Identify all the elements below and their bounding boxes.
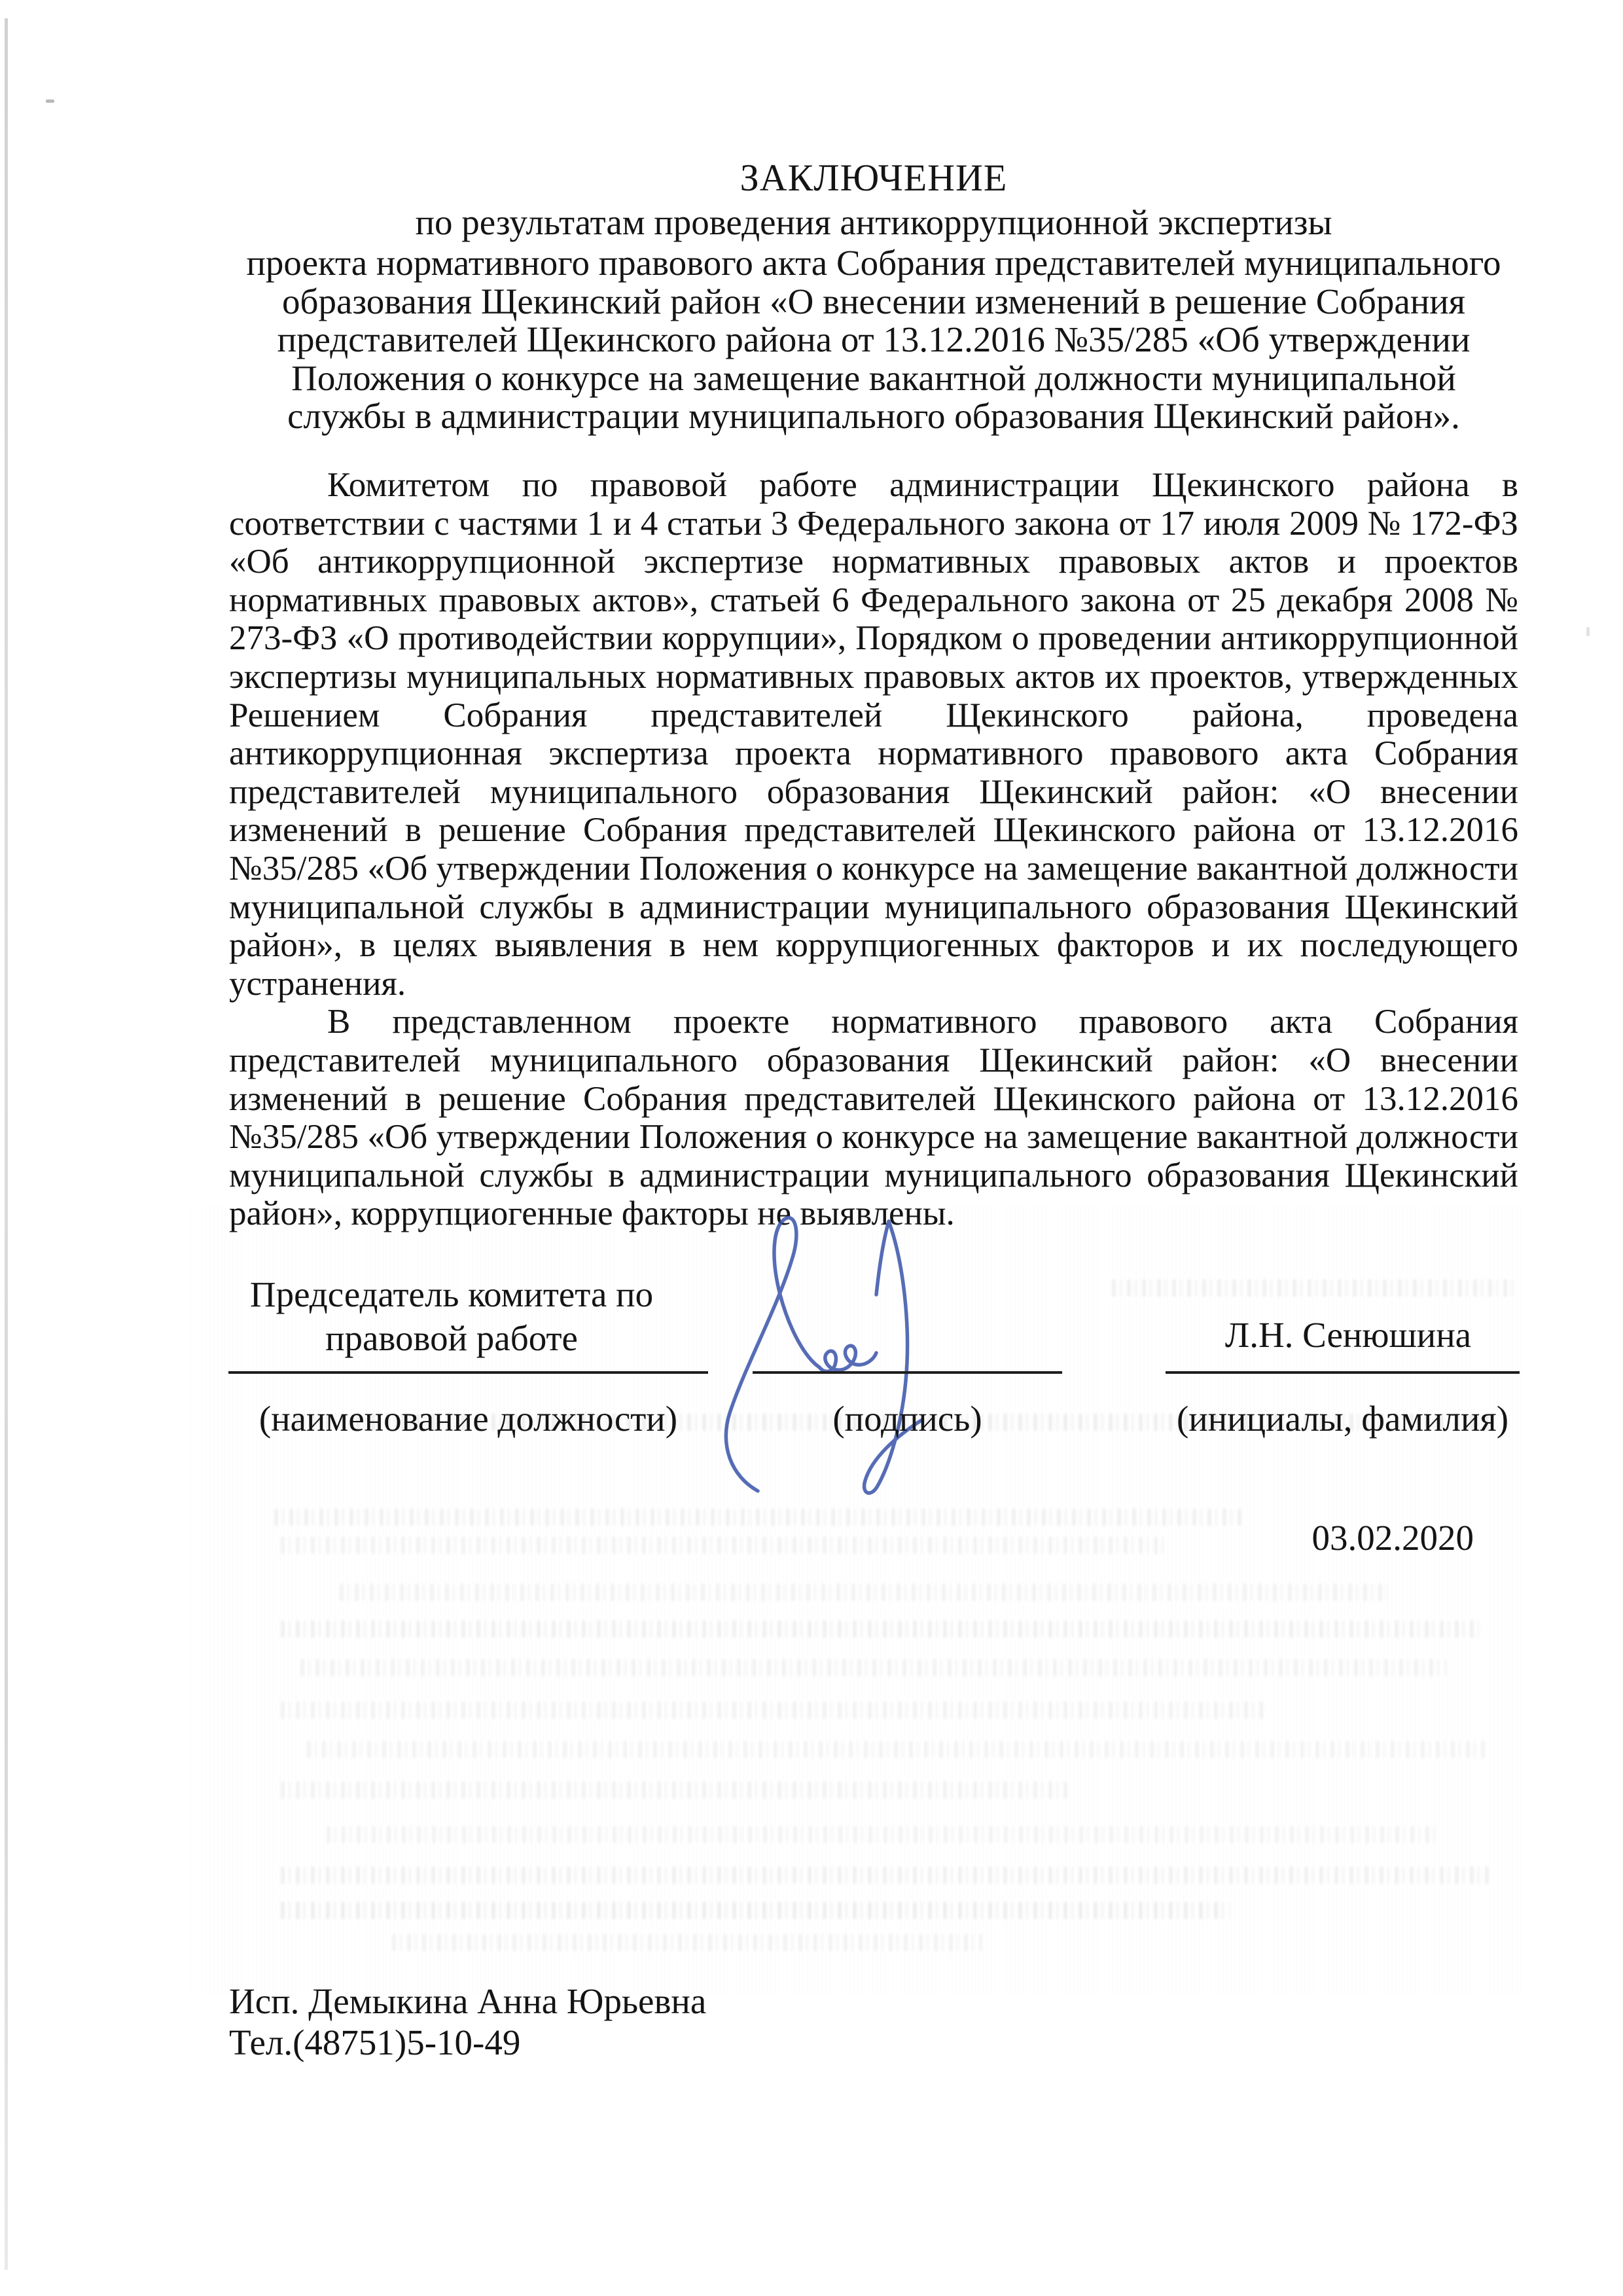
ghost-line: [393, 1934, 982, 1951]
ghost-line: [281, 1902, 1230, 1919]
document-page: ЗАКЛЮЧЕНИЕ по результатам проведения ант…: [0, 0, 1623, 2296]
ghost-line: [281, 1414, 1492, 1431]
ghost-line: [281, 1621, 1479, 1638]
ghost-line: [275, 1509, 1243, 1526]
ghost-line: [281, 1537, 1165, 1554]
ghost-line: [327, 1826, 1440, 1843]
ghost-line: [281, 1867, 1492, 1884]
ghost-line: [281, 1702, 1263, 1719]
ghost-line: [1113, 1280, 1518, 1297]
ghost-line: [308, 1741, 1486, 1758]
executor-phone: Тел.(48751)5-10-49: [229, 2022, 706, 2063]
ghost-line: [281, 1782, 1067, 1799]
ghost-line: [301, 1659, 1446, 1676]
ghost-line: [340, 1584, 1387, 1601]
